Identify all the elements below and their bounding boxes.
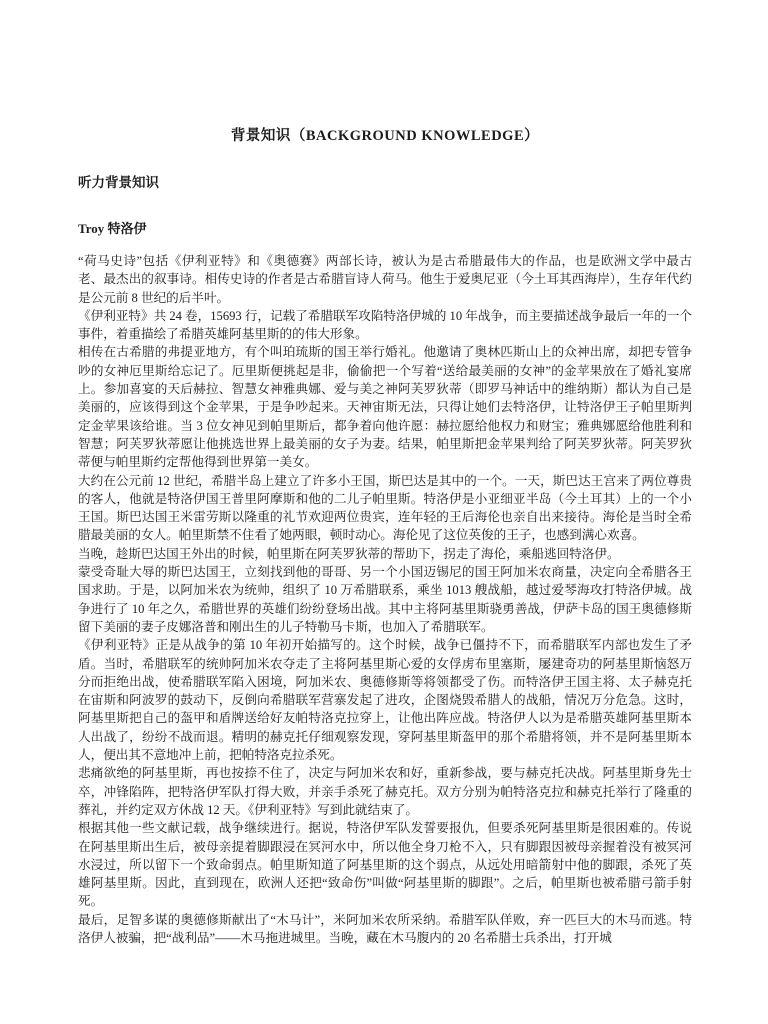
paragraph: 相传在古希腊的弗提亚地方，有个叫珀琉斯的国王举行婚礼。他邀请了奥林匹斯山上的众神… xyxy=(78,343,692,471)
paragraph: 《伊利亚特》正是从战争的第 10 年初开始描写的。这个时候，战争已僵持不下，而希… xyxy=(78,636,692,764)
topic-heading-troy: Troy 特洛伊 xyxy=(78,218,692,237)
document-body: “荷马史诗”包括《伊利亚特》和《奥德赛》两部长诗，被认为是古希腊最伟大的作品，也… xyxy=(78,252,692,947)
paragraph: 蒙受奇耻大辱的斯巴达国王，立刻找到他的哥哥、另一个小国迈锡尼的国王阿加米农商量，… xyxy=(78,563,692,636)
document-page: 背景知识（BACKGROUND KNOWLEDGE） 听力背景知识 Troy 特… xyxy=(0,0,768,1024)
paragraph: 大约在公元前 12 世纪，希腊半岛上建立了许多小王国，斯巴达是其中的一个。一天，… xyxy=(78,472,692,545)
paragraph: 根据其他一些文献记载，战争继续进行。据说，特洛伊军队发誓要报仇，但要杀死阿基里斯… xyxy=(78,819,692,910)
section-heading-listening-background: 听力背景知识 xyxy=(78,171,692,191)
paragraph: 《伊利亚特》共 24 卷，15693 行，记载了希腊联军攻陷特洛伊城的 10 年… xyxy=(78,307,692,344)
paragraph: 最后，足智多谋的奥德修斯献出了“木马计”，米阿加米农所采纳。希腊军队佯败，弃一匹… xyxy=(78,911,692,948)
document-title: 背景知识（BACKGROUND KNOWLEDGE） xyxy=(78,124,692,145)
paragraph: 悲痛欲绝的阿基里斯，再也按捺不住了，决定与阿加米农和好，重新参战，要与赫克托决战… xyxy=(78,764,692,819)
paragraph: “荷马史诗”包括《伊利亚特》和《奥德赛》两部长诗，被认为是古希腊最伟大的作品，也… xyxy=(78,252,692,307)
paragraph: 当晚，趁斯巴达国王外出的时候，帕里斯在阿芙罗狄蒂的帮助下，拐走了海伦，乘船逃回特… xyxy=(78,545,692,563)
